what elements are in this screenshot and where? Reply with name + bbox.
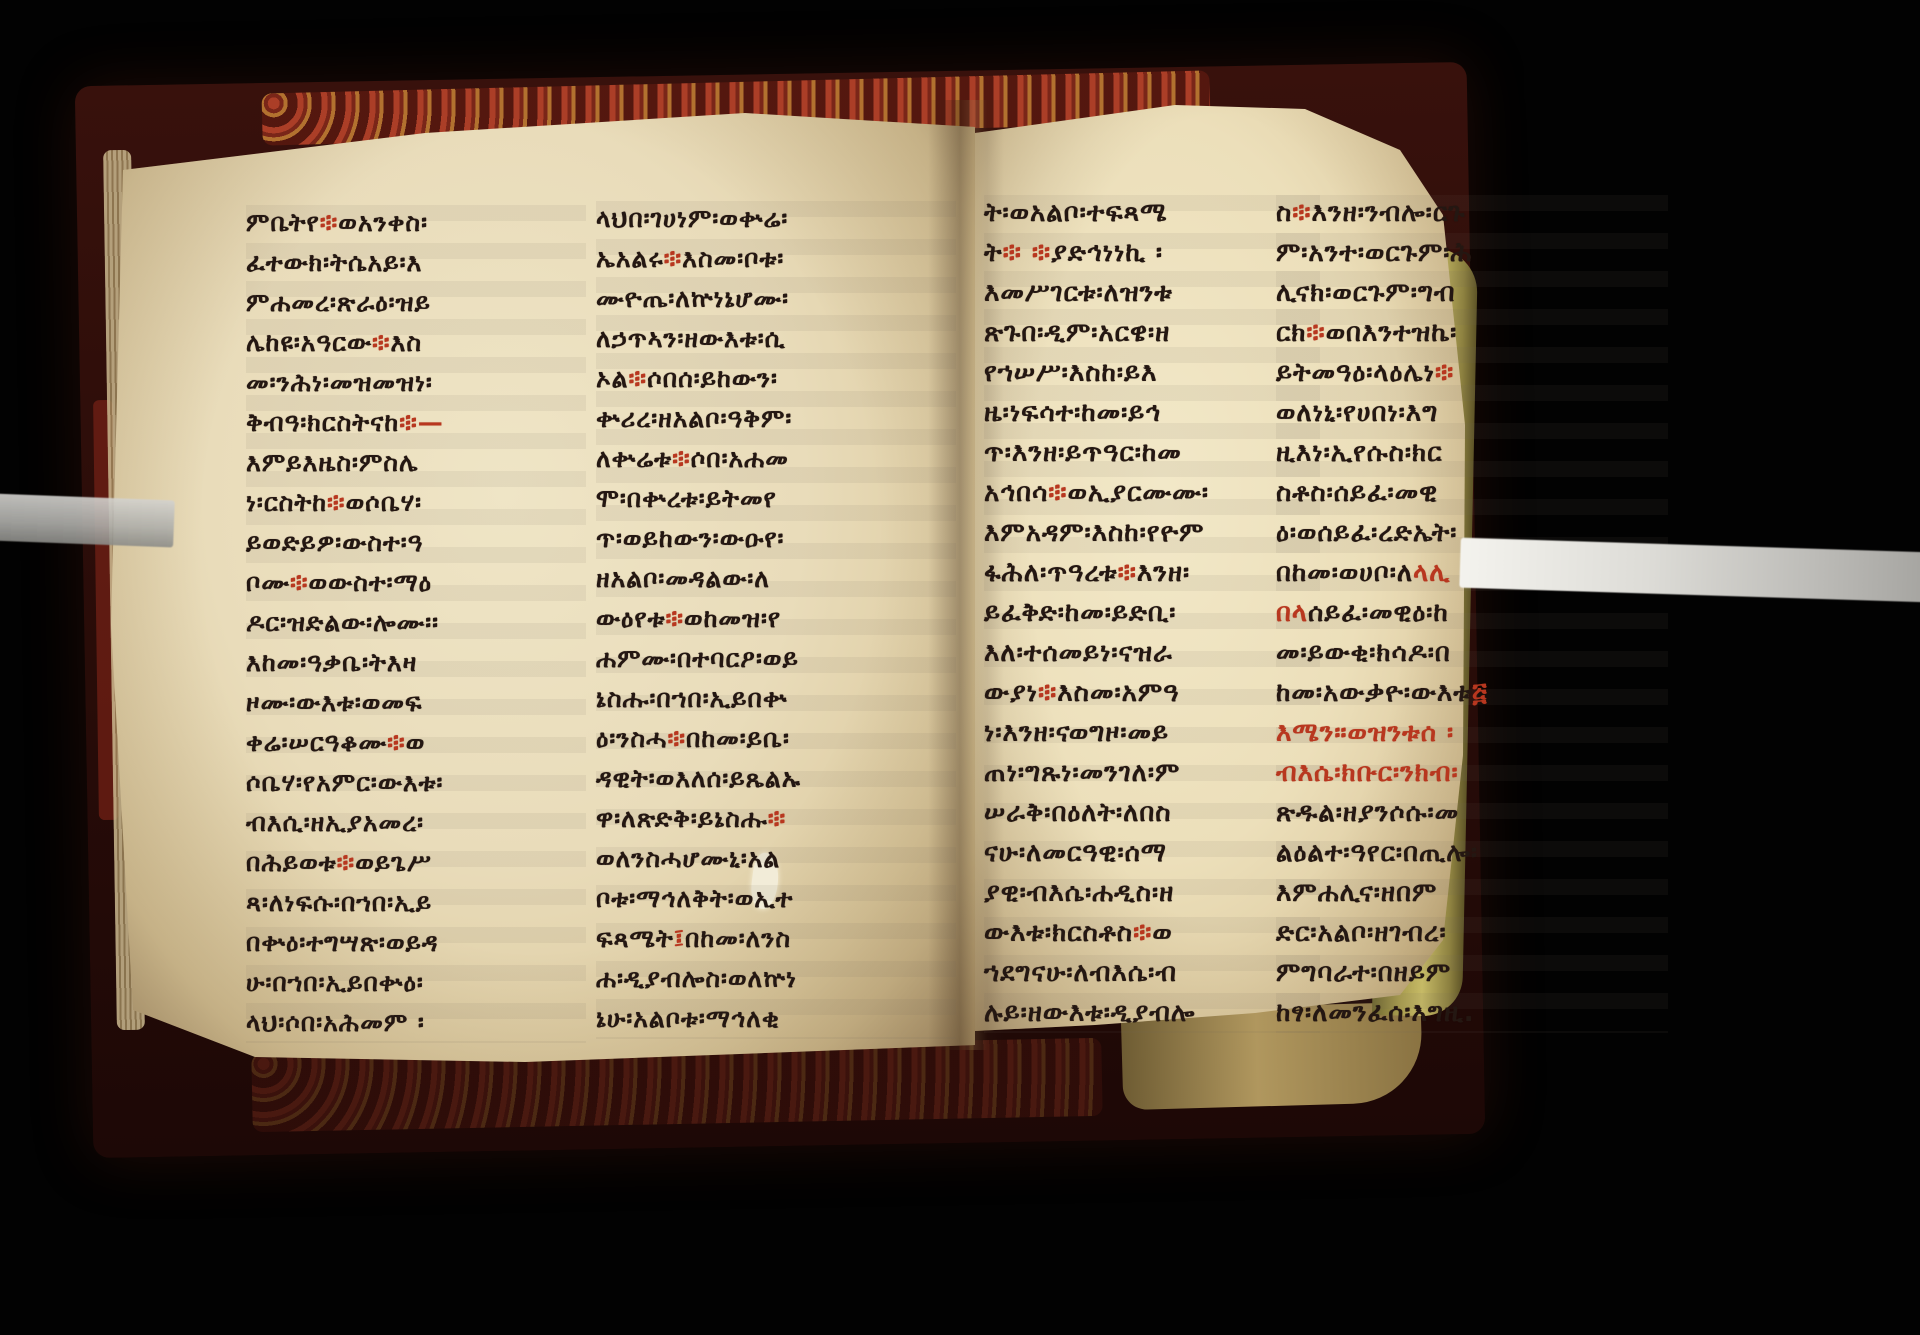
text-line: ይወድይዎ፡ውስተ፡ዓ: [246, 523, 586, 563]
text-line: ጽጉበ፡ዲም፡አርዌ፡ዘ: [984, 313, 1320, 353]
black-ink-text: እስመ፡ቦቱ፡: [682, 244, 784, 273]
black-ink-text: ልዕልተ፡ዓየር፡በጢሎ፡: [1276, 838, 1478, 868]
text-line: ልዕልተ፡ዓየር፡በጢሎ፡: [1276, 833, 1668, 873]
black-ink-text: መ፡ንሕነ፡መዝመዝነ፡: [246, 368, 433, 397]
black-ink-text: ት: [984, 238, 1003, 268]
black-ink-text: ወውስተ፡ማዕ: [309, 568, 433, 597]
black-ink-text: እምአዳም፡እስከ፡የዮም: [984, 518, 1204, 548]
black-ink-text: ዕ፡ወሰይፈ፡ረድኤት፡: [1276, 518, 1457, 548]
black-ink-text: ወሶቤሃ፡: [346, 488, 423, 517]
red-ink-text: ፨: [1038, 678, 1057, 708]
black-ink-text: ወበእንተዝኬ፡: [1326, 318, 1458, 348]
text-line: ሙዮጤ፡ለኵነኔሆሙ፡: [596, 279, 956, 319]
black-ink-text: እከመ፡ዓቃቤ፡ትእዛ: [246, 648, 417, 677]
text-line: ወለነኒ፡የሀበነ፡እግ: [1276, 393, 1668, 433]
text-line: ቍሪረ፡ዘአልቦ፡ዓቅም፡: [596, 399, 956, 439]
black-ink-text: ሶቤሃ፡የአምር፡ውእቱ፡: [246, 768, 443, 797]
book-strap-left: [0, 494, 175, 548]
black-ink-text: ለቍሬቱ: [596, 444, 672, 473]
text-line: ሠራቅ፡በዕለት፡ለበስ: [984, 793, 1320, 833]
text-line: ቅብዓ፡ክርስትናከ፨—: [246, 403, 586, 443]
text-line: ብእሴ፡ክቡር፡ንክብ፡: [1276, 753, 1668, 793]
black-ink-text: ዞሙ፡ውእቱ፡ወመፍ: [246, 688, 422, 717]
black-ink-text: ቍሪረ፡ዘአልቦ፡ዓቅም፡: [596, 404, 792, 433]
red-ink-text: ፨: [337, 848, 356, 877]
text-line: ሊናክ፡ወርጉም፡ግብ: [1276, 273, 1668, 313]
text-line: ቀሬ፡ሠርዓቆሙ፨ወ: [246, 723, 586, 763]
text-line: ከፃ፡ለመንፈሰ፡እግዚ.: [1276, 993, 1668, 1033]
text-line: ዘአልቦ፡መዳልው፡ለ: [596, 559, 956, 599]
black-ink-text: ምሐመረ፡ጽራዕ፡ዝይ: [246, 288, 431, 317]
black-ink-text: ጠነ፡ግጹነ፡መንገለ፡ም: [984, 758, 1180, 788]
text-line: ዜ፡ነፍሳተ፡ከመ፡ይኅ: [984, 393, 1320, 433]
black-ink-text: ጽጉበ፡ዲም፡አርዌ፡ዘ: [984, 318, 1170, 348]
black-ink-text: መ፡ይውቂ፡ክሳዶ፡በ: [1276, 638, 1451, 668]
text-line: ውእቱ፡ክርስቶስ፨ወ: [984, 913, 1320, 953]
black-ink-text: በሕይወቱ: [246, 848, 337, 877]
text-line: ሉይ፡ዘውእቱ፡ዲያብሎ: [984, 993, 1320, 1033]
text-line: ላህ፡ሶበ፡አሕመም ፡: [246, 1003, 586, 1043]
red-ink-text: ብእሴ፡ክቡር፡ንክብ፡: [1276, 758, 1459, 788]
red-ink-text: ፨: [1292, 198, 1311, 228]
black-ink-text: ስ: [1276, 198, 1292, 228]
text-line: ስ፨እንዘ፡ንብሎ፡ርጉ: [1276, 193, 1668, 233]
red-ink-text: በላ: [1276, 598, 1308, 628]
black-ink-text: ምግባራተ፡በዘይም: [1276, 958, 1451, 988]
black-ink-text: ወለንስሓሆሙኒ፡አል: [596, 844, 780, 873]
text-line: ኔስሑ፡በኀበ፡ኢይበቍ: [596, 679, 956, 719]
text-line: በቍዕ፡ተግሣጽ፡ወይዳ: [246, 923, 586, 963]
text-line: በሕይወቱ፨ወይጌሥ: [246, 843, 586, 883]
black-ink-text: እስ: [391, 328, 423, 357]
text-line: ሁ፡በኀበ፡ኢይበቍዕ፡: [246, 963, 586, 1003]
text-line: ምግባራተ፡በዘይም: [1276, 953, 1668, 993]
red-ink-text: ፨: [327, 488, 346, 517]
text-line: ት፡ወአልቦ፡ተፍጻሜ: [984, 193, 1320, 233]
text-line: እሜን።ወዝንቱሰ ፡: [1276, 713, 1668, 753]
black-ink-text: ጻ፡ለነፍሱ፡በኀበ፡ኢይ: [246, 888, 432, 917]
black-ink-text: ፍጻሜት: [596, 924, 674, 953]
text-line: ሶቤሃ፡የአምር፡ውእቱ፡: [246, 763, 586, 803]
text-line: መ፡ይውቂ፡ክሳዶ፡በ: [1276, 633, 1668, 673]
black-ink-text: ብእሲ፡ዘኢያአመረ፡: [246, 808, 424, 837]
black-ink-text: ሐምሙ፡በተባርዖ፡ወይ: [596, 644, 799, 673]
text-line: ናሁ፡ለመርዓዊ፡ሰማ: [984, 833, 1320, 873]
black-ink-text: ወይጌሥ: [355, 848, 432, 877]
text-line: እከመ፡ዓቃቤ፡ትእዛ: [246, 643, 586, 683]
black-ink-text: ለኃጥኣን፡ዘውእቱ፡ሲ: [596, 324, 786, 353]
black-ink-text: በከመ፡ለንስ: [685, 924, 791, 953]
black-ink-text: ሙዮጤ፡ለኵነኔሆሙ፡: [596, 284, 789, 313]
black-ink-text: እምሐሊና፡ዘበም: [1276, 878, 1437, 908]
text-line: ለኃጥኣን፡ዘውእቱ፡ሲ: [596, 319, 956, 359]
text-line: ሞ፡በቍረቱ፡ይትመየ: [596, 479, 956, 519]
black-ink-text: ስቶስ፡ሰይፈ፡መዊ: [1276, 478, 1438, 508]
black-ink-text: ም፡አንተ፡ወርጉም፡ሕ: [1276, 238, 1473, 268]
black-ink-text: ዚእነ፡ኢየሱስ፡ክር: [1276, 438, 1442, 468]
text-line: ድር፡አልቦ፡ዘገብረ፡: [1276, 913, 1668, 953]
black-ink-text: ውእቱ፡ክርስቶስ: [984, 918, 1133, 948]
black-ink-text: የኀሠሥ፡እስከ፡ይእ: [984, 358, 1157, 388]
black-ink-text: ከመ፡አውቃዮ፡ውእቱ: [1276, 678, 1472, 708]
black-ink-text: ርክ: [1276, 318, 1306, 348]
black-ink-text: ፈተውክ፡ትሴአይ፡እ: [246, 248, 422, 277]
black-ink-text: አኅበሳ: [984, 478, 1048, 508]
black-ink-text: ውዕየቱ: [596, 604, 665, 633]
text-line: ዳዊት፡ወእለሰ፡ይጼልኡ: [596, 759, 956, 799]
black-ink-text: ዳዊት፡ወእለሰ፡ይጼልኡ: [596, 764, 801, 793]
black-ink-text: ዕ፡ንስሓ: [596, 724, 667, 753]
text-line: ብእሲ፡ዘኢያአመረ፡: [246, 803, 586, 843]
photo-scene: ምቤትየ፨ወአንቀስ፡ፈተውክ፡ትሴአይ፡እምሐመረ፡ጽራዕ፡ዝይሌከዩ፡አዓር…: [0, 0, 1920, 1335]
black-ink-text: ዋ፡ለጽድቅ፡ይኔስሑ: [596, 804, 768, 833]
black-ink-text: እመሥገርቱ፡ለዝንቱ: [984, 278, 1173, 308]
manuscript-column-3: ት፡ወአልቦ፡ተፍጻሜት፨ ፨ያድኅነነኪ ፡እመሥገርቱ፡ለዝንቱጽጉበ፡ዲም…: [984, 193, 1320, 1033]
black-ink-text: ሶበሰ፡ይከውን፡: [647, 364, 778, 393]
manuscript-column-4: ስ፨እንዘ፡ንብሎ፡ርጉም፡አንተ፡ወርጉም፡ሕሊናክ፡ወርጉም፡ግብርክ፨ወበ…: [1276, 193, 1668, 1033]
text-line: የኀሠሥ፡እስከ፡ይእ: [984, 353, 1320, 393]
black-ink-text: ት፡ወአልቦ፡ተፍጻሜ: [984, 198, 1167, 228]
text-line: ኤአልሩ፨እስመ፡ቦቱ፡: [596, 239, 956, 279]
red-ink-text: ፨: [1118, 558, 1137, 588]
red-ink-text: ፨: [1133, 918, 1152, 948]
black-ink-text: ሶበ፡አሐመ: [691, 444, 789, 473]
black-ink-text: እንዘ፡: [1137, 558, 1190, 588]
text-line: በላሰይፈ፡መዊዕ፡ከ: [1276, 593, 1668, 633]
red-ink-text: ፨: [1306, 318, 1325, 348]
red-ink-text: ፨: [665, 604, 684, 633]
text-line: እምይእዜስ፡ምስሌ: [246, 443, 586, 483]
text-line: ጥ፡እንዘ፡ይጥዓር፡ከመ: [984, 433, 1320, 473]
text-line: ቦሙ፨ወውስተ፡ማዕ: [246, 563, 586, 603]
red-ink-text: ፨: [629, 364, 648, 393]
black-ink-text: ዶር፡ዝድልው፡ሎሙ፡፡: [246, 608, 439, 637]
text-line: ጻ፡ለነፍሱ፡በኀበ፡ኢይ: [246, 883, 586, 923]
text-line: ይትመዓዕ፡ላዕሌነ፨: [1276, 353, 1668, 393]
black-ink-text: ኤአልሩ: [596, 244, 664, 273]
red-ink-text: ፨: [320, 208, 339, 237]
text-line: ት፨ ፨ያድኅነነኪ ፡: [984, 233, 1320, 273]
text-line: ዕ፡ንስሓ፨በከመ፡ይቤ፡: [596, 719, 956, 759]
red-ink-text: ፨—: [399, 408, 444, 437]
red-ink-text: ላሊ: [1413, 558, 1450, 588]
red-ink-text: ፤: [674, 924, 685, 953]
text-line: ለቍሬቱ፨ሶበ፡አሐመ: [596, 439, 956, 479]
text-line: ነ፡ርስትከ፨ወሶቤሃ፡: [246, 483, 586, 523]
black-ink-text: ይፈቅድ፡ከመ፡ይድቢ፡: [984, 598, 1176, 628]
black-ink-text: ወ: [406, 728, 426, 757]
text-line: ስቶስ፡ሰይፈ፡መዊ: [1276, 473, 1668, 513]
black-ink-text: ሁ፡በኀበ፡ኢይበቍዕ፡: [246, 968, 424, 997]
black-ink-text: ቦሙ: [246, 568, 290, 597]
text-line: እለ፡ተሰመይነ፡ናዝራ: [984, 633, 1320, 673]
text-line: ኦል፨ሶበሰ፡ይከውን፡: [596, 359, 956, 399]
text-line: ሐ፡ዲያብሎስ፡ወለኵነ: [596, 959, 956, 999]
text-line: ውዕየቱ፨ወከመዝ፡የ: [596, 599, 956, 639]
text-line: ነ፡እንዘ፡ናወግዞ፡መይ: [984, 713, 1320, 753]
red-ink-text: ፨: [1048, 478, 1067, 508]
black-ink-text: ቀሬ፡ሠርዓቆሙ: [246, 728, 387, 757]
text-line: ም፡አንተ፡ወርጉም፡ሕ: [1276, 233, 1668, 273]
black-ink-text: ምቤትየ: [246, 208, 320, 237]
black-ink-text: ጥ፡ወይከውን፡ውዑየ፡: [596, 524, 784, 553]
text-line: ሌከዩ፡አዓርው፨እስ: [246, 323, 586, 363]
black-ink-text: ይትመዓዕ፡ላዕሌነ: [1276, 358, 1435, 388]
black-ink-text: ኔስሑ፡በኀበ፡ኢይበቍ: [596, 684, 788, 713]
black-ink-text: ሠራቅ፡በዕለት፡ለበስ: [984, 798, 1172, 828]
text-line: ዞሙ፡ውእቱ፡ወመፍ: [246, 683, 586, 723]
text-line: እመሥገርቱ፡ለዝንቱ: [984, 273, 1320, 313]
text-line: ዚእነ፡ኢየሱስ፡ክር: [1276, 433, 1668, 473]
text-line: ዋ፡ለጽድቅ፡ይኔስሑ፨: [596, 799, 956, 839]
black-ink-text: ወከመዝ፡የ: [684, 604, 781, 633]
red-ink-text: ፨: [290, 568, 309, 597]
text-line: ጥ፡ወይከውን፡ውዑየ፡: [596, 519, 956, 559]
text-line: ዶር፡ዝድልው፡ሎሙ፡፡: [246, 603, 586, 643]
red-ink-text: ፭: [1472, 678, 1488, 708]
text-line: ምሐመረ፡ጽራዕ፡ዝይ: [246, 283, 586, 323]
black-ink-text: በከመ፡ወሀቦ፡ለ: [1276, 558, 1413, 588]
black-ink-text: ሰይፈ፡መዊዕ፡ከ: [1308, 598, 1449, 628]
black-ink-text: ከፃ፡ለመንፈሰ፡እግዚ.: [1276, 998, 1475, 1028]
red-ink-text: እሜን።ወዝንቱሰ ፡: [1276, 718, 1454, 748]
red-ink-text: ፨: [768, 804, 787, 833]
text-line: ፋሕለ፡ጥዓረቱ፨እንዘ፡: [984, 553, 1320, 593]
manuscript-column-2: ላህበ፡ገሀነም፡ወቍሬ፡ኤአልሩ፨እስመ፡ቦቱ፡ሙዮጤ፡ለኵነኔሆሙ፡ለኃጥኣ…: [596, 199, 956, 1039]
black-ink-text: ሌከዩ፡አዓርው: [246, 328, 372, 357]
black-ink-text: ቦቱ፡ማኅለቅት፡ወኢተ: [596, 884, 793, 913]
black-ink-text: ወ: [1152, 918, 1172, 948]
black-ink-text: ቅብዓ፡ክርስትናከ: [246, 408, 399, 437]
text-line: ጠነ፡ግጹነ፡መንገለ፡ም: [984, 753, 1320, 793]
black-ink-text: ጽዱል፡ዘያንሶሱ፡መ: [1276, 798, 1459, 828]
black-ink-text: ኔሁ፡አልቦቱ፡ማኅለቂ: [596, 1004, 780, 1033]
red-ink-text: ፨: [372, 328, 391, 357]
black-ink-text: ላህበ፡ገሀነም፡ወቍሬ፡: [596, 204, 788, 233]
black-ink-text: ይወድይዎ፡ውስተ፡ዓ: [246, 528, 423, 557]
text-line: ከመ፡አውቃዮ፡ውእቱ፭: [1276, 673, 1668, 713]
text-line: እምሐሊና፡ዘበም: [1276, 873, 1668, 913]
red-ink-text: ፨: [664, 244, 683, 273]
black-ink-text: ናሁ፡ለመርዓዊ፡ሰማ: [984, 838, 1167, 868]
black-ink-text: ወኢያርሙሙ፡: [1068, 478, 1209, 508]
black-ink-text: ያድኅነነኪ ፡: [1051, 238, 1163, 268]
text-line: ሐምሙ፡በተባርዖ፡ወይ: [596, 639, 956, 679]
text-line: እምአዳም፡እስከ፡የዮም: [984, 513, 1320, 553]
red-ink-text: ፨ ፨: [1003, 238, 1052, 268]
black-ink-text: ኀደግናሁ፡ለብእሴ፡ብ: [984, 958, 1177, 988]
text-line: ወለንስሓሆሙኒ፡አል: [596, 839, 956, 879]
red-ink-text: ፨: [387, 728, 406, 757]
black-ink-text: በቍዕ፡ተግሣጽ፡ወይዳ: [246, 928, 439, 957]
text-line: ፍጻሜት፤በከመ፡ለንስ: [596, 919, 956, 959]
black-ink-text: እለ፡ተሰመይነ፡ናዝራ: [984, 638, 1173, 668]
text-line: ምቤትየ፨ወአንቀስ፡: [246, 203, 586, 243]
text-line: አኅበሳ፨ወኢያርሙሙ፡: [984, 473, 1320, 513]
text-line: ያዊ፡ብእሴ፡ሐዲስ፡ዘ: [984, 873, 1320, 913]
black-ink-text: ኦል: [596, 364, 629, 393]
black-ink-text: እንዘ፡ንብሎ፡ርጉ: [1312, 198, 1466, 228]
text-line: ይፈቅድ፡ከመ፡ይድቢ፡: [984, 593, 1320, 633]
black-ink-text: ፋሕለ፡ጥዓረቱ: [984, 558, 1118, 588]
text-line: ቦቱ፡ማኅለቅት፡ወኢተ: [596, 879, 956, 919]
black-ink-text: እስመ፡አምዓ: [1057, 678, 1179, 708]
black-ink-text: ሞ፡በቍረቱ፡ይትመየ: [596, 484, 777, 513]
text-line: ኔሁ፡አልቦቱ፡ማኅለቂ: [596, 999, 956, 1039]
black-ink-text: በከመ፡ይቤ፡: [686, 724, 790, 753]
manuscript-column-1: ምቤትየ፨ወአንቀስ፡ፈተውክ፡ትሴአይ፡እምሐመረ፡ጽራዕ፡ዝይሌከዩ፡አዓር…: [246, 203, 586, 1043]
black-ink-text: ወአንቀስ፡: [338, 208, 428, 237]
black-ink-text: ነ፡ርስትከ: [246, 488, 327, 517]
black-ink-text: ላህ፡ሶበ፡አሕመም ፡: [246, 1008, 425, 1037]
red-ink-text: ፨: [672, 444, 691, 473]
text-line: ጽዱል፡ዘያንሶሱ፡መ: [1276, 793, 1668, 833]
black-ink-text: ጥ፡እንዘ፡ይጥዓር፡ከመ: [984, 438, 1182, 468]
black-ink-text: ሊናክ፡ወርጉም፡ግብ: [1276, 278, 1456, 308]
black-ink-text: ነ፡እንዘ፡ናወግዞ፡መይ: [984, 718, 1169, 748]
black-ink-text: ድር፡አልቦ፡ዘገብረ፡: [1276, 918, 1447, 948]
black-ink-text: ሉይ፡ዘውእቱ፡ዲያብሎ: [984, 998, 1195, 1028]
black-ink-text: ሐ፡ዲያብሎስ፡ወለኵነ: [596, 964, 797, 993]
red-ink-text: ፨: [667, 724, 686, 753]
black-ink-text: ዘአልቦ፡መዳልው፡ለ: [596, 564, 770, 593]
black-ink-text: ውያነ: [984, 678, 1038, 708]
text-line: ላህበ፡ገሀነም፡ወቍሬ፡: [596, 199, 956, 239]
text-line: ርክ፨ወበእንተዝኬ፡: [1276, 313, 1668, 353]
text-line: ኀደግናሁ፡ለብእሴ፡ብ: [984, 953, 1320, 993]
text-line: ውያነ፨እስመ፡አምዓ: [984, 673, 1320, 713]
black-ink-text: ዜ፡ነፍሳተ፡ከመ፡ይኅ: [984, 398, 1161, 428]
text-line: ፈተውክ፡ትሴአይ፡እ: [246, 243, 586, 283]
text-line: መ፡ንሕነ፡መዝመዝነ፡: [246, 363, 586, 403]
black-ink-text: እምይእዜስ፡ምስሌ: [246, 448, 419, 477]
black-ink-text: ወለነኒ፡የሀበነ፡እግ: [1276, 398, 1438, 428]
red-ink-text: ፨: [1435, 358, 1454, 388]
black-ink-text: ያዊ፡ብእሴ፡ሐዲስ፡ዘ: [984, 878, 1174, 908]
